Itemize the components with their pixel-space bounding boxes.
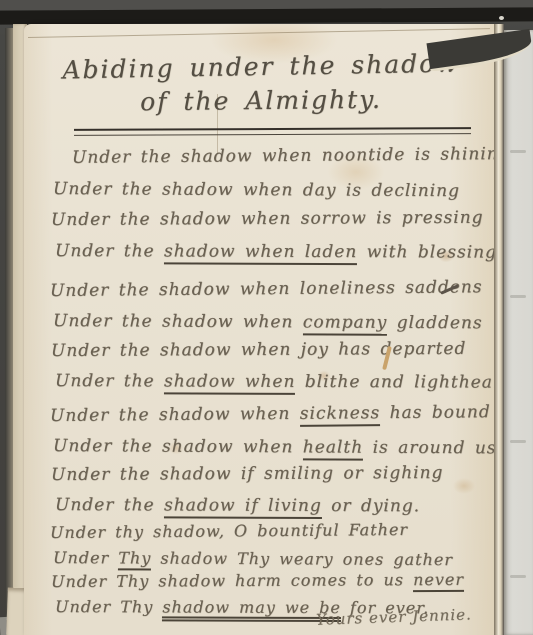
poem-line: Under the shadow when laden with blessin… [50,241,494,274]
poem-line: Under the shadow when noontide is shinin… [50,144,494,179]
stanza-1: Under the shadow when noontide is shinin… [50,148,494,272]
book-cover-edge [0,7,533,24]
stanza-3: Under the shadow when sickness has bound… [50,406,494,524]
ink-bleedthrough [510,440,526,443]
photo-of-open-book: Abiding under the shadow of the Almighty… [0,0,533,635]
paper-crease [28,28,490,38]
poem-line: Under the shadow when sorrow is pressing [50,208,494,241]
poem-line: Under the shadow when blithe and lighthe… [50,371,494,403]
ink-bleedthrough [510,150,526,153]
ink-bleedthrough [510,575,526,578]
stanza-2: Under the shadow when loneliness saddens… [50,281,494,401]
poem-line: Under thy shadow, O bountiful Father [50,519,494,547]
poem-line: Under the shadow when joy has departed [50,339,494,371]
poem-line: Under the shadow if smiling or sighing [50,463,494,495]
title-double-rule [74,127,471,136]
poem-line: Under the shadow when sickness has bound… [50,402,494,435]
manuscript-page: Abiding under the shadow of the Almighty… [24,24,498,635]
poem-title-line2: of the Almighty. [24,84,498,118]
paper-speck [499,16,504,20]
poem-line: Under the shadow when loneliness saddens [50,277,494,311]
facing-page [504,30,533,635]
ink-bleedthrough [510,295,526,298]
poem-line: Under Thy shadow harm comes to us never [50,570,494,597]
book-gutter [494,24,504,635]
